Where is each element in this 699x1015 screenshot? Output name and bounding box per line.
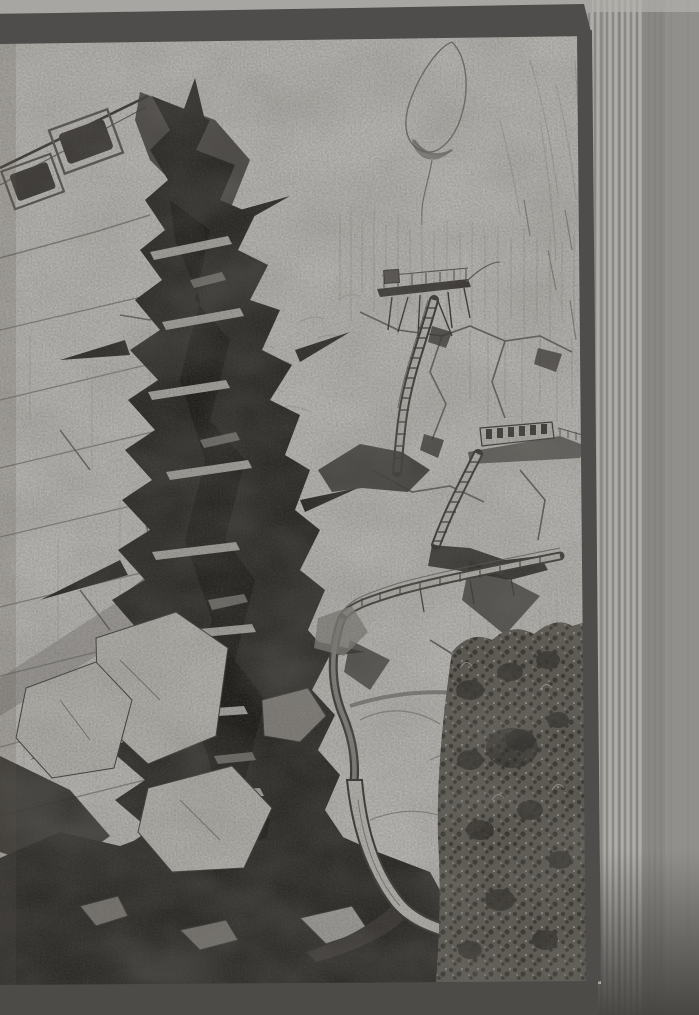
photographed-book-page: [0, 0, 699, 1015]
halftone-grain: [0, 20, 604, 990]
page-bottom-band: [0, 981, 598, 1015]
illustration: [0, 20, 604, 990]
manga-page-photo: [0, 0, 699, 1015]
fore-edge-bottom-shadow: [586, 850, 699, 1015]
left-edge-shade: [0, 20, 16, 990]
book-fore-edge: [586, 0, 699, 1015]
